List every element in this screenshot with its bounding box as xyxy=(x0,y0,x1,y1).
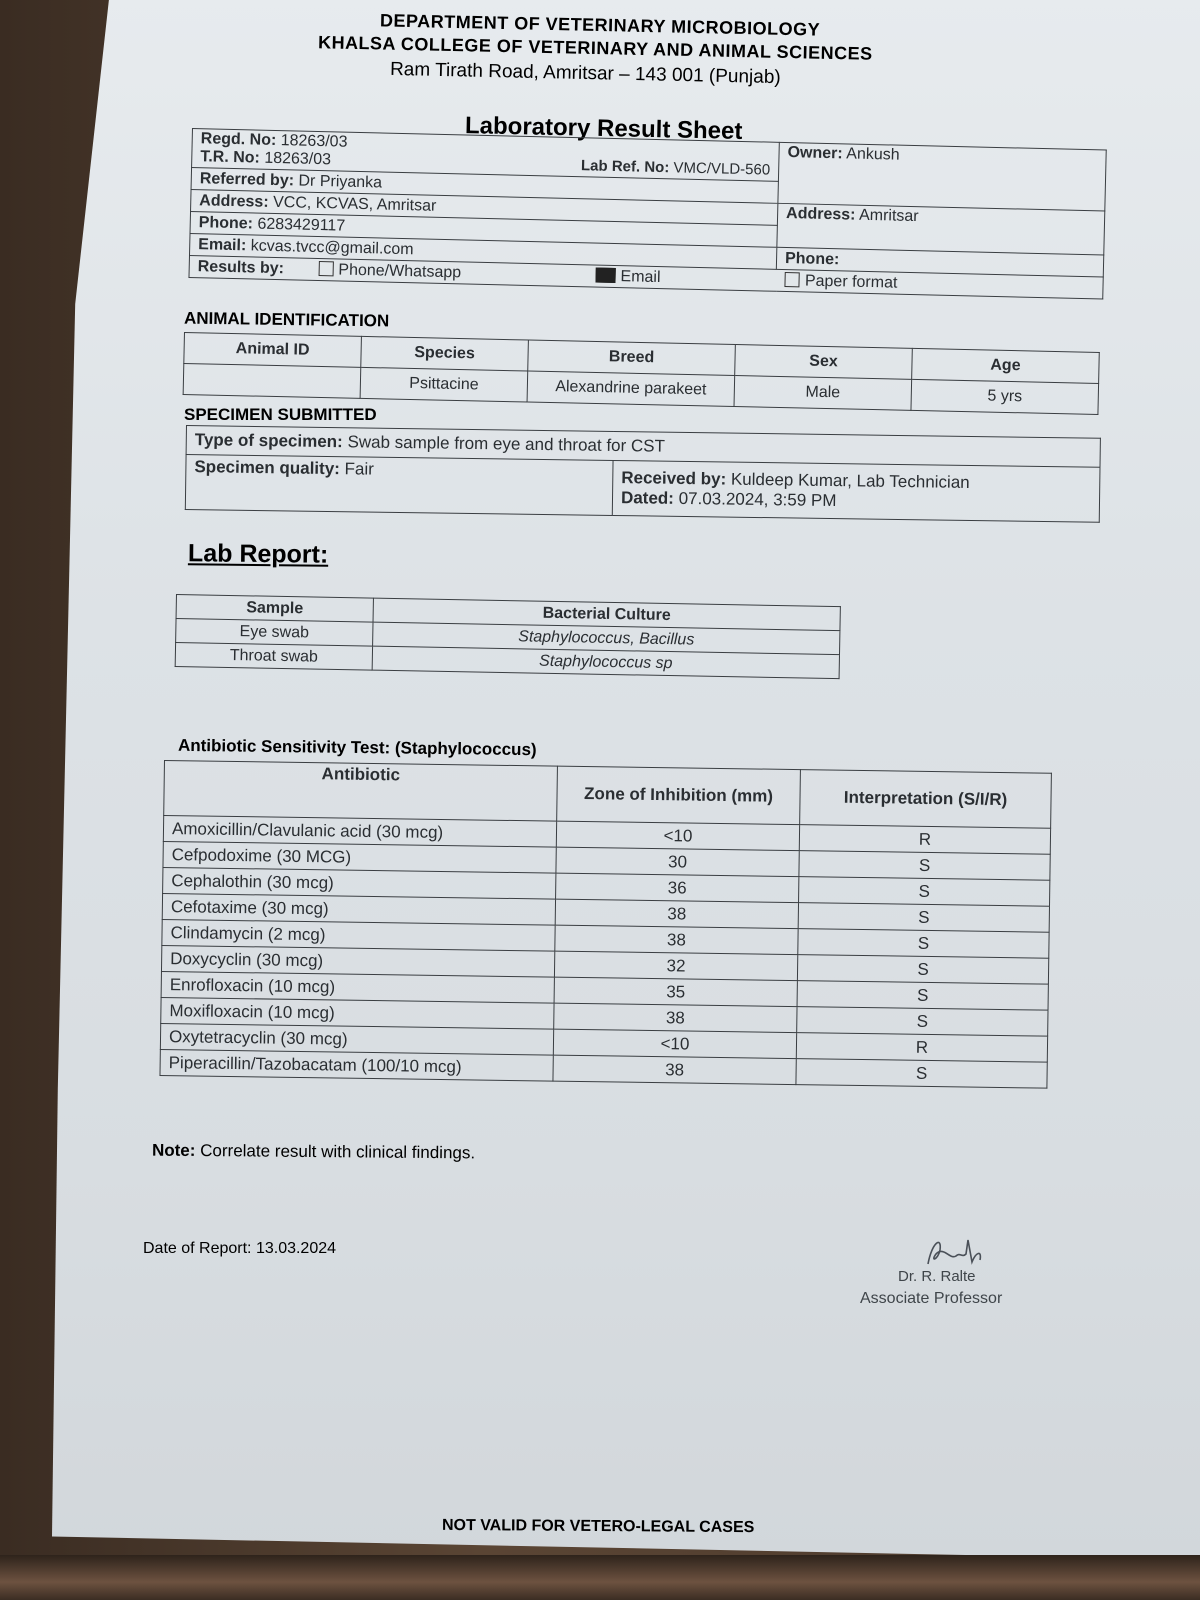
note-text: Correlate result with clinical findings. xyxy=(200,1141,475,1162)
interpretation-cell: S xyxy=(797,981,1048,1011)
received-label: Received by: xyxy=(621,468,726,488)
sample-cell: Eye swab xyxy=(176,619,373,647)
sample-cell: Throat swab xyxy=(175,643,372,671)
column-header: Zone of Inhibition (mm) xyxy=(557,766,801,824)
tr-label: T.R. No: xyxy=(200,148,260,166)
bacterial-culture-table: Sample Bacterial Culture Eye swab Staphy… xyxy=(175,594,841,679)
specimen-type-label: Type of specimen: xyxy=(195,430,343,451)
zone-cell: 38 xyxy=(555,899,798,928)
zone-cell: <10 xyxy=(556,821,799,850)
column-header: Animal ID xyxy=(184,333,362,368)
interpretation-cell: S xyxy=(796,1059,1047,1089)
interpretation-cell: R xyxy=(796,1033,1047,1063)
animal-id-value xyxy=(183,364,361,399)
validity-disclaimer: NOT VALID FOR VETERO-LEGAL CASES xyxy=(442,1517,754,1537)
note: Note: Correlate result with clinical fin… xyxy=(152,1141,475,1164)
specimen-table: Type of specimen: Swab sample from eye a… xyxy=(185,425,1101,523)
antibiotic-cell: Piperacillin/Tazobacatam (100/10 mcg) xyxy=(160,1049,553,1081)
referred-label: Referred by: xyxy=(200,170,295,189)
antibiotic-sensitivity-table: Antibiotic Zone of Inhibition (mm) Inter… xyxy=(159,760,1051,1089)
column-header: Interpretation (S/I/R) xyxy=(800,770,1052,829)
interpretation-cell: S xyxy=(798,903,1049,933)
referral-info-table: Regd. No: 18263/03 T.R. No: 18263/03 Lab… xyxy=(188,128,1106,300)
zone-cell: 30 xyxy=(556,847,799,876)
dated-value: 07.03.2024, 3:59 PM xyxy=(679,489,837,510)
specimen-type-value: Swab sample from eye and throat for CST xyxy=(347,432,665,455)
signatory-name: Dr. R. Ralte xyxy=(898,1268,976,1285)
received-cell: Received by: Kuldeep Kumar, Lab Technici… xyxy=(612,460,1100,522)
owner-cell: Owner: Ankush xyxy=(778,142,1106,211)
received-value: Kuldeep Kumar, Lab Technician xyxy=(731,470,970,492)
lab-result-sheet: DEPARTMENT OF VETERINARY MICROBIOLOGY KH… xyxy=(0,0,1200,1600)
checkbox-unchecked-icon xyxy=(785,272,800,287)
referred-value: Dr Priyanka xyxy=(298,172,382,191)
college-address: Ram Tirath Road, Amritsar – 143 001 (Pun… xyxy=(390,59,781,89)
tr-value: 18263/03 xyxy=(264,150,331,169)
owner-address-label: Address: xyxy=(786,205,856,224)
column-header: Breed xyxy=(528,340,736,376)
age-value: 5 yrs xyxy=(911,379,1099,414)
results-by-label: Results by: xyxy=(198,258,285,277)
zone-cell: 38 xyxy=(555,925,798,954)
regd-label: Regd. No: xyxy=(201,130,277,149)
referrer-email-value: kcvas.tvcc@gmail.com xyxy=(251,237,414,258)
referrer-address-label: Address: xyxy=(199,192,269,211)
owner-address-value: Amritsar xyxy=(859,207,919,225)
interpretation-cell: S xyxy=(799,877,1050,907)
column-header: Species xyxy=(361,336,529,371)
referrer-email-label: Email: xyxy=(198,236,246,254)
results-option-phone: Phone/Whatsapp xyxy=(318,261,466,281)
referrer-phone-value: 6283429117 xyxy=(257,215,345,234)
sex-value: Male xyxy=(734,376,912,411)
species-value: Psittacine xyxy=(360,367,528,402)
specimen-quality-label: Specimen quality: xyxy=(194,457,340,478)
interpretation-cell: S xyxy=(797,955,1048,985)
owner-label: Owner: xyxy=(787,144,843,162)
results-option-email: Email xyxy=(595,267,665,286)
labref-value: VMC/VLD-560 xyxy=(673,159,770,178)
interpretation-cell: R xyxy=(799,825,1050,855)
owner-address-cell: Address: Amritsar xyxy=(777,203,1105,255)
signature-icon xyxy=(920,1232,990,1272)
specimen-section-label: SPECIMEN SUBMITTED xyxy=(184,405,377,425)
animal-section-label: ANIMAL IDENTIFICATION xyxy=(184,309,390,332)
results-option-paper: Paper format xyxy=(785,272,898,292)
checkbox-checked-icon xyxy=(595,267,615,282)
column-header: Antibiotic xyxy=(164,761,558,822)
specimen-quality-value: Fair xyxy=(344,459,374,478)
specimen-quality-cell: Specimen quality: Fair xyxy=(185,455,613,516)
labref-label: Lab Ref. No: xyxy=(581,157,670,176)
zone-cell: 35 xyxy=(554,977,797,1006)
ast-title: Antibiotic Sensitivity Test: (Staphyloco… xyxy=(178,736,537,760)
regd-value: 18263/03 xyxy=(281,132,348,151)
column-header: Sample xyxy=(176,595,373,623)
owner-value: Ankush xyxy=(846,145,900,163)
breed-value: Alexandrine parakeet xyxy=(527,371,735,407)
interpretation-cell: S xyxy=(797,1007,1048,1037)
signatory-title: Associate Professor xyxy=(860,1290,1002,1308)
zone-cell: 38 xyxy=(553,1055,796,1084)
dated-label: Dated: xyxy=(621,488,674,508)
referrer-phone-label: Phone: xyxy=(199,214,254,232)
zone-cell: <10 xyxy=(553,1029,796,1058)
animal-identification-table: Animal ID Species Breed Sex Age Psittaci… xyxy=(183,332,1100,415)
lab-report-title: Lab Report: xyxy=(188,539,329,569)
referrer-address-value: VCC, KCVAS, Amritsar xyxy=(273,193,437,214)
interpretation-cell: S xyxy=(798,929,1049,959)
note-label: Note: xyxy=(152,1141,196,1160)
column-header: Age xyxy=(912,348,1100,383)
zone-cell: 38 xyxy=(554,1003,797,1032)
zone-cell: 36 xyxy=(556,873,799,902)
report-date: Date of Report: 13.03.2024 xyxy=(143,1240,336,1258)
interpretation-cell: S xyxy=(799,851,1050,881)
column-header: Sex xyxy=(735,345,913,380)
zone-cell: 32 xyxy=(554,951,797,980)
checkbox-unchecked-icon xyxy=(318,261,333,276)
owner-phone-label: Phone: xyxy=(785,250,840,268)
